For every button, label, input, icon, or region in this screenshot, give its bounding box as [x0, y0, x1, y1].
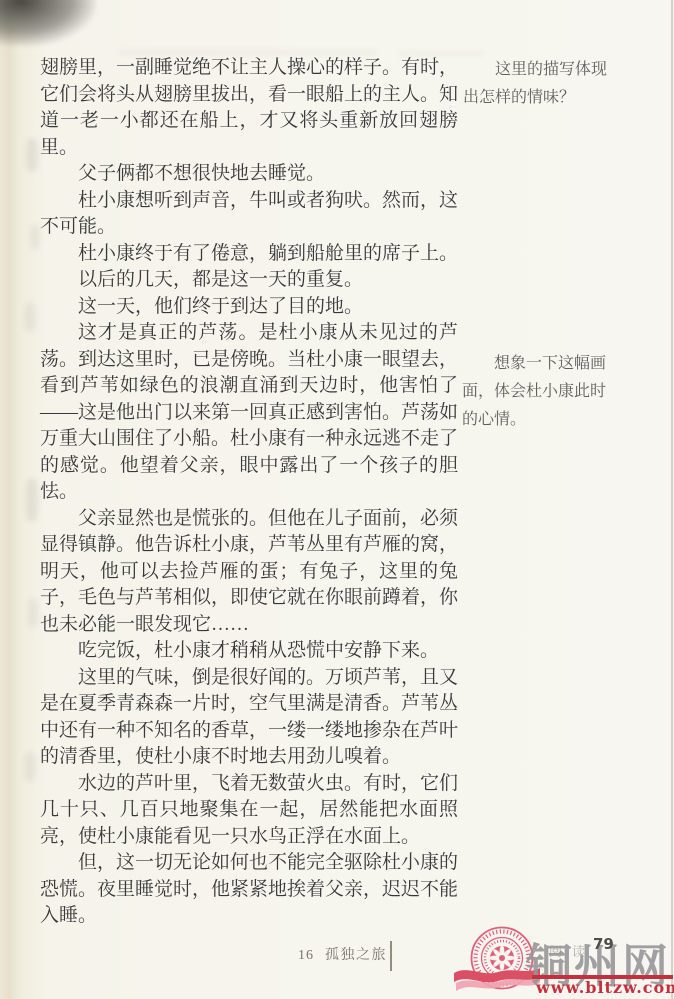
- site-watermark: 铜州网 www.bltzw.com: [462, 925, 674, 999]
- show-through-mark: [26, 478, 38, 522]
- body-paragraph: 水边的芦叶里，飞着无数萤火虫。有时，它们几十只、几百只地聚集在一起，居然能把水面…: [40, 771, 458, 851]
- scan-corner-shadow: [0, 0, 96, 46]
- show-through-mark: [28, 598, 38, 628]
- show-through-mark: [24, 752, 36, 782]
- page-number: 79: [593, 935, 614, 953]
- margin-note-question-1: 这里的描写体现出怎样的情味？: [463, 56, 611, 112]
- body-paragraph: 翅膀里，一副睡觉绝不让主人操心的样子。有时，它们会将头从翅膀里拔出，看一眼船上的…: [40, 55, 458, 161]
- body-paragraph: 吃完饭，杜小康才稍稍从恐慌中安静下来。: [40, 638, 458, 665]
- textbook-page: 翅膀里，一副睡觉绝不让主人操心的样子。有时，它们会将头从翅膀里拔出，看一眼船上的…: [0, 0, 674, 999]
- body-paragraph: 但，这一切无论如何也不能完全驱除杜小康的恐慌。夜里睡觉时，他紧紧地挨着父亲，迟迟…: [40, 850, 458, 930]
- lesson-number: 16: [298, 948, 314, 963]
- body-paragraph: 杜小康想听到声音，牛叫或者狗吠。然而，这不可能。: [40, 188, 458, 241]
- footer-divider: [390, 941, 392, 971]
- lesson-title: 孤独之旅: [325, 948, 387, 963]
- watermark-site-url: www.bltzw.com: [536, 978, 674, 997]
- show-through-mark: [26, 138, 38, 172]
- show-through-mark: [30, 224, 40, 250]
- body-paragraph: 父子俩都不想很快地去睡觉。: [40, 161, 458, 188]
- show-through-mark: [24, 302, 36, 332]
- body-paragraph: 这才是真正的芦荡。是杜小康从未见过的芦荡。到达这里时，已是傍晚。当杜小康一眼望去…: [40, 320, 458, 506]
- body-paragraph: 这里的气味，倒是很好闻的。万顷芦苇，且又是在夏季青森森一片时，空气里满是清香。芦…: [40, 665, 458, 771]
- body-paragraph: 杜小康终于有了倦意，躺到船舱里的席子上。: [40, 241, 458, 268]
- page-edge-line: [671, 0, 673, 999]
- footer-lesson-label: 16孤独之旅: [298, 944, 387, 964]
- margin-note-question-2: 想象一下这幅画面，体会杜小康此时的心情。: [462, 350, 610, 434]
- body-paragraph: 以后的几天，都是这一天的重复。: [40, 267, 458, 294]
- body-text-column: 翅膀里，一副睡觉绝不让主人操心的样子。有时，它们会将头从翅膀里拔出，看一眼船上的…: [40, 55, 458, 930]
- body-paragraph: 父亲显然也是慌张的。但他在儿子面前，必须显得镇静。他告诉杜小康，芦苇丛里有芦雁的…: [40, 506, 458, 639]
- body-paragraph: 这一天，他们终于到达了目的地。: [40, 294, 458, 321]
